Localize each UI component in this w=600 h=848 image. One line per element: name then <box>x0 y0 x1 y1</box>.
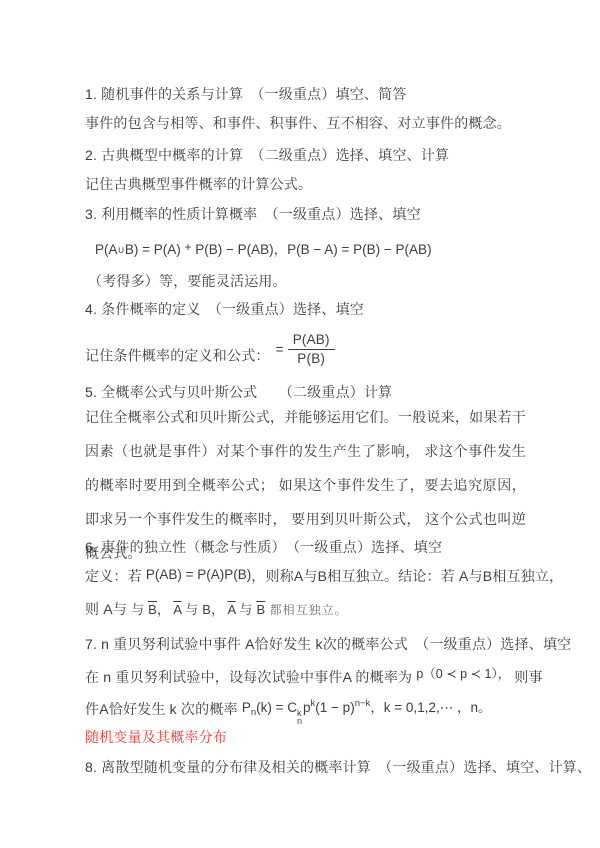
C-subscript: n <box>297 717 302 725</box>
item4-formula-line: 记住条件概率的定义和公式：=P(AB)P(B) <box>85 339 335 374</box>
item1-body: 事件的包含与相等、和事件、积事件、互不相容、对立事件的概念。 <box>85 113 511 133</box>
item6-heading: 6. 事件的独立性（概念与性质） （一级重点）选择、填空 <box>85 537 442 557</box>
item7-line2: 在 n 重贝努利试验中，设每次试验中事件A 的概率为 p（0 ≺ p ≺ 1），… <box>85 664 543 687</box>
item6-conclusion-line: 则 A与 与 B， A 与 B， A 与 B 都相互独立。 <box>85 599 348 620</box>
item4-heading: 4. 条件概率的定义 （一级重点）选择、填空 <box>85 299 364 319</box>
C-n-k-indices: kn <box>297 709 302 725</box>
fraction-numerator: P(AB) <box>288 332 335 350</box>
item4-label: 记住条件概率的定义和公式： <box>85 348 270 364</box>
item3-note: （考得多）等，要能灵活运用。 <box>88 271 287 291</box>
pair-middle: 与 B， <box>181 602 227 617</box>
formula-part: B) = P(A) <box>125 242 185 257</box>
item7-heading: 7. n 重贝努利试验中事件 A恰好发生 k次的概率公式 （一级重点）选择、填空 <box>85 634 571 654</box>
item6-definition-line: 定义：若 P(AB) = P(A)P(B)，则称A与B相互独立。结论：若 A与B… <box>85 565 563 586</box>
conclusion-tail: 都相互独立。 <box>265 603 347 617</box>
line2-suffix: 则事 <box>510 669 543 685</box>
formula-mid: (k) = C <box>256 700 297 715</box>
item5-heading: 5. 全概率公式与贝叶斯公式 （二级重点）计算 <box>85 382 392 402</box>
item8-heading: 8. 离散型随机变量的分布律及相关的概率计算 （一级重点）选择、填空、计算、 <box>85 757 591 777</box>
item2-body: 记住古典概型事件概率的计算公式。 <box>85 174 312 194</box>
pair-middle: 与 <box>236 602 257 617</box>
b-complement: B <box>148 602 157 617</box>
a-complement: A <box>227 602 235 617</box>
formula-tail: ，k = 0,1,2,⋯ ，n。 <box>370 700 491 715</box>
item1-heading: 1. 随机事件的关系与计算 （一级重点）填空、简答 <box>85 84 407 104</box>
item7-line3: 件A恰好发生 k 次的概率 Pn(k) = Cknpk(1 − p)n−k，k … <box>85 694 491 725</box>
formula-part: P(B) − P(AB)，P(B − A) = P(B) − P(AB) <box>192 242 432 257</box>
document-page: 1. 随机事件的关系与计算 （一级重点）填空、简答 事件的包含与相等、和事件、积… <box>0 0 600 848</box>
item3-heading: 3. 利用概率的性质计算概率 （一级重点）选择、填空 <box>85 204 421 224</box>
fraction-denominator: P(B) <box>288 350 335 367</box>
union-symbol: ∪ <box>118 245 125 256</box>
p-range-formula: p（0 ≺ p ≺ 1）， <box>416 667 510 681</box>
formula-part: P(A <box>95 242 118 257</box>
conclusion-prefix: 则 A与 <box>85 601 131 617</box>
pair-prefix: 与 <box>131 602 148 617</box>
b-complement: B <box>256 602 265 617</box>
plus-sign: + <box>184 240 191 254</box>
definition-prefix: 定义：若 <box>85 568 146 584</box>
formula-p: p <box>303 700 311 715</box>
fraction: P(AB)P(B) <box>288 332 335 367</box>
equals-sign: = <box>276 340 284 360</box>
independence-formula: P(AB) = P(A)P(B) <box>146 567 251 582</box>
line3-prefix: 件A恰好发生 k 次的概率 <box>85 701 242 717</box>
section-heading-random-variables: 随机变量及其概率分布 <box>85 727 227 747</box>
formula-P: P <box>242 700 251 715</box>
bernoulli-formula: Pn(k) = Cknpk(1 − p)n−k，k = 0,1,2,⋯ ，n。 <box>242 700 492 715</box>
conditional-probability-fraction: =P(AB)P(B) <box>276 332 335 367</box>
item2-heading: 2. 古典概型中概率的计算 （二级重点）选择、填空、计算 <box>85 145 449 165</box>
exponent-n-minus-k: n−k <box>355 698 371 709</box>
item3-probability-formula: P(A∪B) = P(A) + P(B) − P(AB)，P(B − A) = … <box>95 237 432 261</box>
definition-suffix: ，则称A与B相互独立。结论：若 A与B相互独立， <box>251 568 563 584</box>
line2-prefix: 在 n 重贝努利试验中，设每次试验中事件A 的概率为 <box>85 669 416 685</box>
separator: ， <box>157 602 173 617</box>
formula-paren: (1 − p) <box>315 700 354 715</box>
